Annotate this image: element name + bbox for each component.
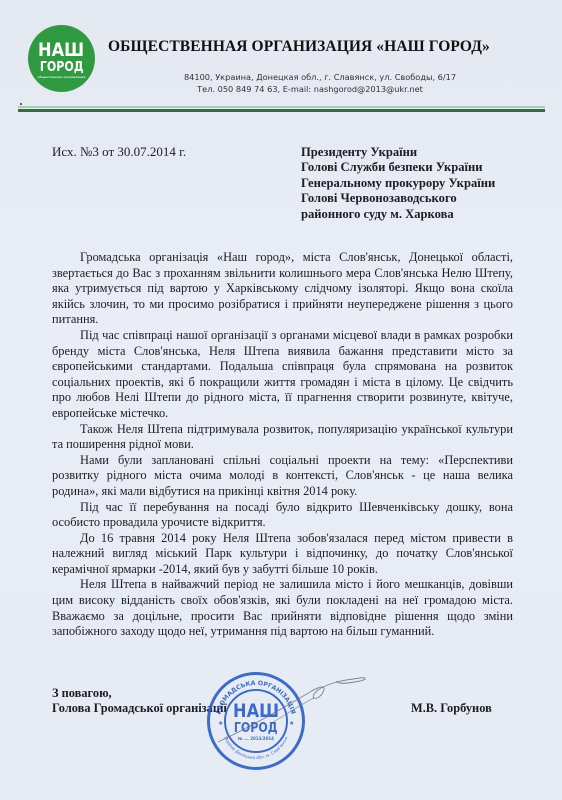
addressee-line: Генеральному прокурору України [301,176,495,191]
header-rule-thin [18,106,545,108]
addressee-line: районного суду м. Харкова [301,207,495,222]
letter-page: НАШ ГОРОД общественная организация ОБЩЕС… [0,0,562,800]
addressee-block: Президенту України Голові Служби безпеки… [301,145,495,222]
closing-title: Голова Громадської організації [52,701,227,716]
addressee-line: Голові Служби безпеки України [301,160,495,175]
org-contact: Тел. 050 849 74 63, E-mail: nashgorod@20… [0,84,520,94]
body-paragraph: Під час її перебування на посаді було ві… [52,500,513,531]
logo-text-line1: НАШ [39,41,85,60]
header-rule-thick [18,109,545,112]
body-paragraph: Під час співпраці нашої організації з ор… [52,328,513,422]
letter-body: Громадська організація «Наш город», міст… [52,250,513,640]
outgoing-reference: Исх. №3 от 30.07.2014 г. [52,144,186,160]
body-paragraph: До 16 травня 2014 року Неля Штепа зобов'… [52,531,513,578]
addressee-line: Голові Червонозаводського [301,191,495,206]
closing-block: З повагою, Голова Громадської організаці… [52,686,227,717]
signature-icon [210,672,370,747]
body-paragraph: Також Неля Штепа підтримувала розвиток, … [52,422,513,453]
signer-name: М.В. Горбунов [411,701,492,716]
body-paragraph: Громадська організація «Наш город», міст… [52,250,513,328]
addressee-line: Президенту України [301,145,495,160]
org-title: ОБЩЕСТВЕННАЯ ОРГАНИЗАЦИЯ «НАШ ГОРОД» [108,38,490,56]
rule-dot [20,103,22,105]
body-paragraph: Неля Штепа в найважчий період не залишил… [52,577,513,639]
body-paragraph: Нами були заплановані спільні соціальні … [52,453,513,500]
org-address: 84100, Украина, Донецкая обл., г. Славян… [0,72,520,82]
closing-salutation: З повагою, [52,686,227,701]
